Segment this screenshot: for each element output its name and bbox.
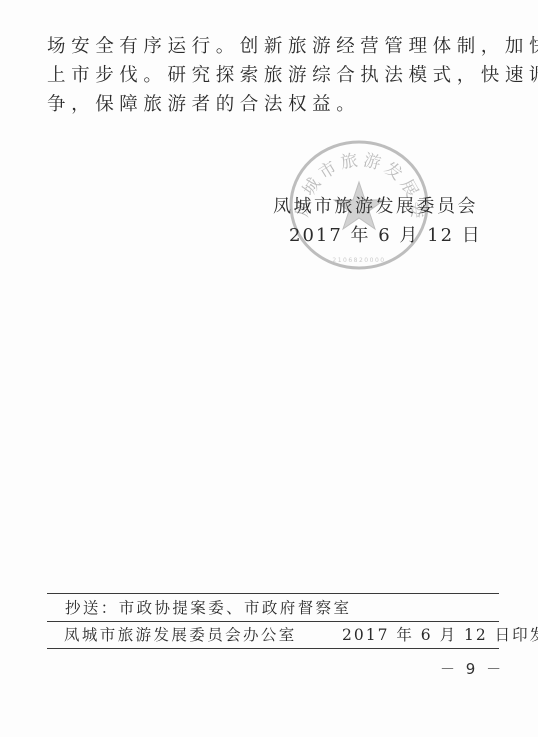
- signature-block: 凤城市旅游发展委员会 2017 年 6 月 12 日: [273, 192, 473, 250]
- body-paragraph: 场安全有序运行。创新旅游经营管理体制，加快推进凤凰山景区 上市步伐。研究探索旅游…: [47, 32, 487, 119]
- cc-recipients: 市政协提案委、市政府督察室: [119, 599, 352, 617]
- cc-line: 抄送：市政协提案委、市政府督察室: [65, 596, 351, 620]
- signature-date: 2017 年 6 月 12 日: [273, 221, 473, 250]
- footer-divider-middle: [47, 621, 499, 622]
- svg-text:2106820000: 2106820000: [332, 257, 385, 264]
- signature-organization: 凤城市旅游发展委员会: [273, 192, 473, 221]
- print-date: 2017 年 6 月 12 日印发: [342, 623, 538, 647]
- body-line-3: 争，保障旅游者的合法权益。: [47, 90, 487, 119]
- issuing-office: 凤城市旅游发展委员会办公室: [64, 626, 297, 644]
- footer-divider-bottom: [47, 648, 499, 649]
- footer-divider-top: [47, 593, 499, 594]
- body-line-1: 场安全有序运行。创新旅游经营管理体制，加快推进凤凰山景区: [47, 32, 487, 61]
- body-line-2: 上市步伐。研究探索旅游综合执法模式，快速调解、审结旅游纷: [47, 61, 487, 90]
- cc-label: 抄送：: [65, 599, 119, 617]
- issuer-line: 凤城市旅游发展委员会办公室 2017 年 6 月 12 日印发: [64, 623, 484, 647]
- page-number: － 9 －: [440, 658, 504, 679]
